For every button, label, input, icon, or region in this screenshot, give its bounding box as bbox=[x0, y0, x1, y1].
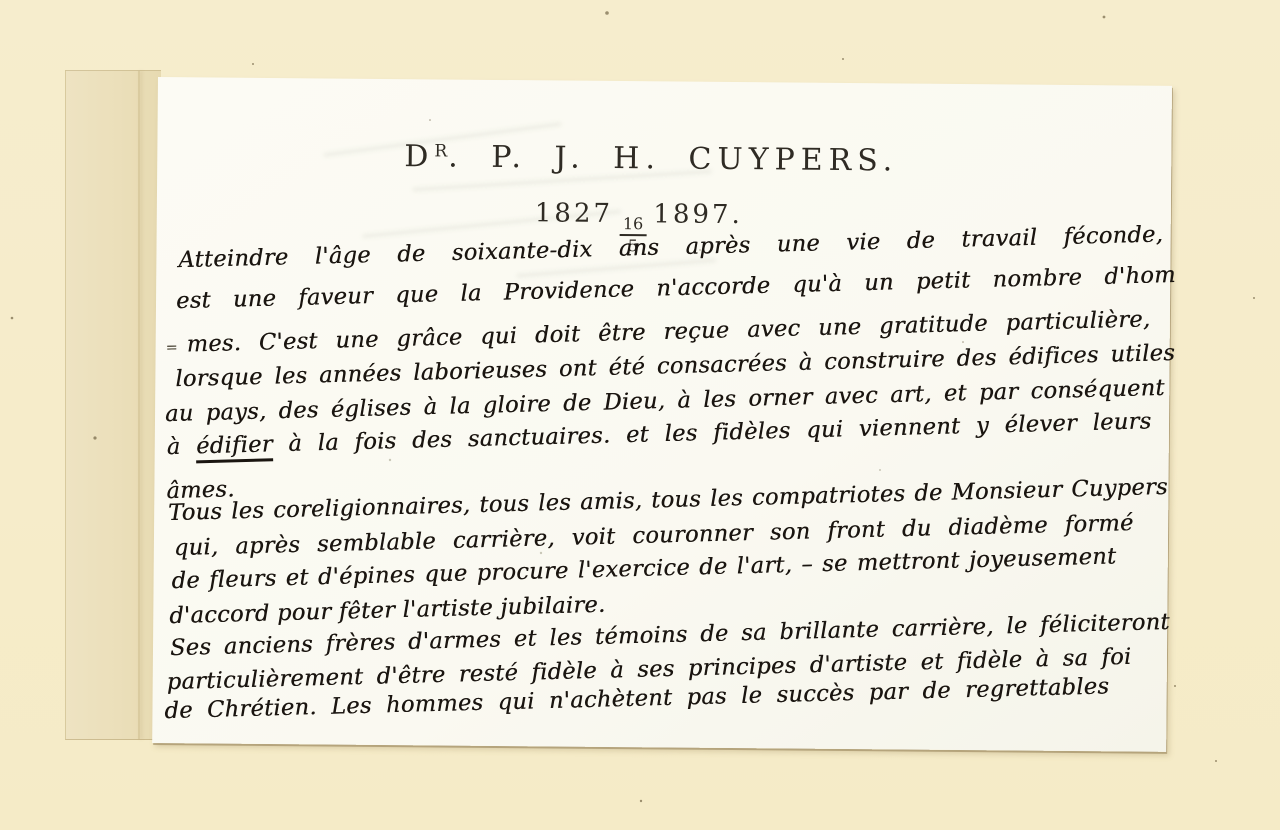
hyphen-continuation-mark: = bbox=[165, 340, 177, 356]
line-text: à bbox=[166, 433, 196, 460]
album-page: DR. P. J. H. CUYPERS. 18271651897. Attei… bbox=[0, 0, 1280, 830]
dr-period: . bbox=[448, 140, 464, 175]
underlined-word: édifier bbox=[196, 431, 273, 463]
dr-superscript: R bbox=[434, 141, 448, 161]
tape-crease bbox=[138, 71, 140, 739]
person-name: P. J. H. CUYPERS. bbox=[491, 140, 898, 179]
birth-year: 1827 bbox=[535, 198, 613, 229]
jubilee-card: DR. P. J. H. CUYPERS. 18271651897. Attei… bbox=[152, 77, 1172, 752]
card-title: DR. P. J. H. CUYPERS. bbox=[144, 137, 1158, 181]
jubilee-year: 1897. bbox=[653, 199, 743, 230]
dr-abbrev: D bbox=[404, 139, 434, 174]
